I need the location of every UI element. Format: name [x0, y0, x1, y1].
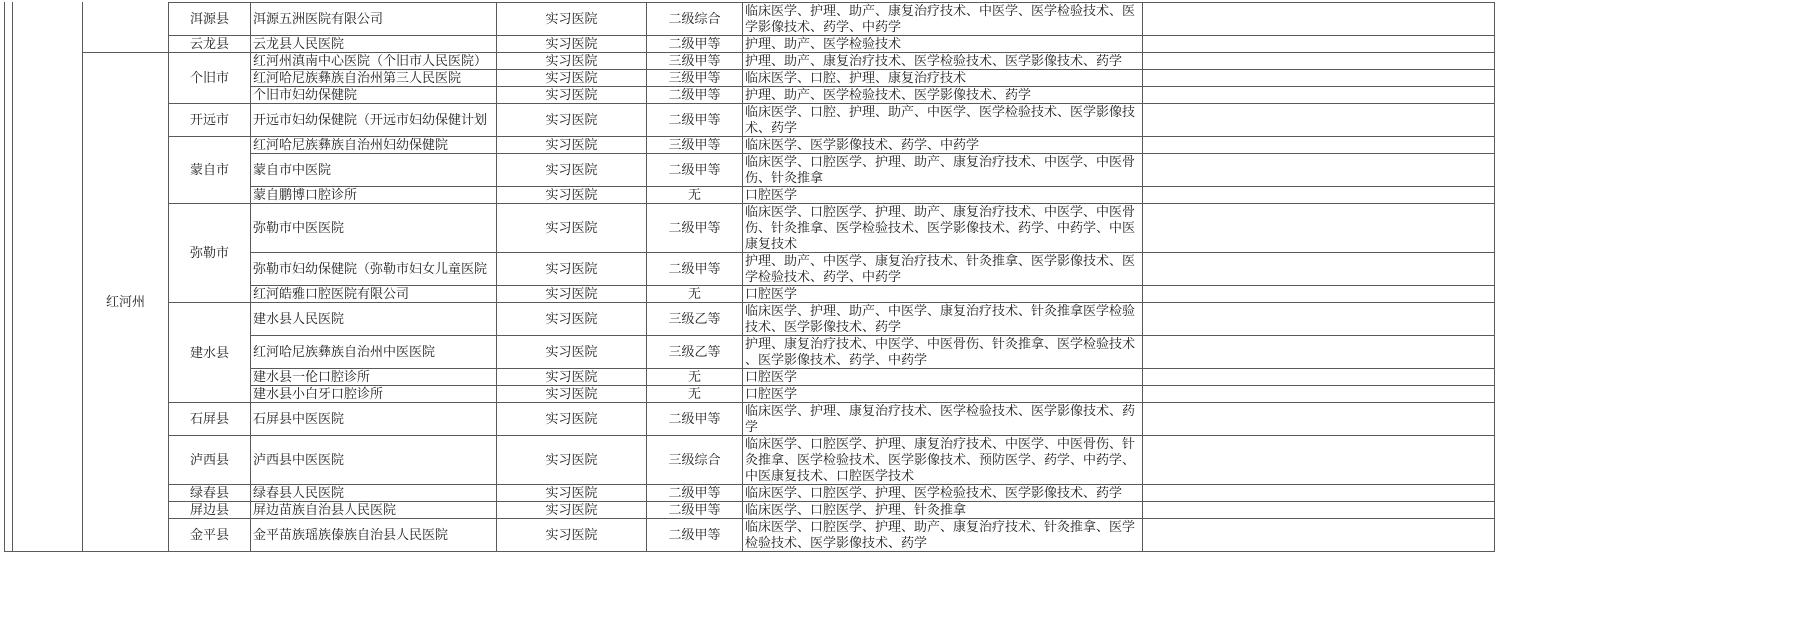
- hospital-level-cell[interactable]: 二级甲等: [647, 204, 743, 253]
- empty-right-column-cell[interactable]: [1143, 436, 1495, 485]
- hospital-level-cell[interactable]: 无: [647, 369, 743, 386]
- empty-right-column-cell[interactable]: [1143, 485, 1495, 502]
- hospital-level-cell[interactable]: 三级甲等: [647, 137, 743, 154]
- hospital-level-cell[interactable]: 二级甲等: [647, 87, 743, 104]
- hospital-name-cell[interactable]: 建水县人民医院: [251, 303, 497, 336]
- majors-cell[interactable]: 临床医学、口腔医学、护理、医学检验技术、医学影像技术、药学: [743, 485, 1143, 502]
- majors-cell[interactable]: 临床医学、护理、助产、中医学、康复治疗技术、针灸推拿医学检验技术、医学影像技术、…: [743, 303, 1143, 336]
- table-row: 泸西县泸西县中医医院实习医院三级综合临床医学、口腔医学、护理、康复治疗技术、中医…: [5, 436, 1495, 485]
- empty-right-column-cell[interactable]: [1143, 286, 1495, 303]
- majors-cell[interactable]: 临床医学、口腔、护理、助产、中医学、医学检验技术、医学影像技术、药学: [743, 104, 1143, 137]
- empty-right-column-cell[interactable]: [1143, 104, 1495, 137]
- hospital-level-cell[interactable]: 二级甲等: [647, 253, 743, 286]
- hospital-name-cell[interactable]: 开远市妇幼保健院（开远市妇幼保健计划: [251, 104, 497, 137]
- hospital-name-cell[interactable]: 泸西县中医医院: [251, 436, 497, 485]
- county-cell[interactable]: 绿春县: [169, 485, 251, 502]
- county-cell[interactable]: 个旧市: [169, 53, 251, 104]
- county-cell[interactable]: 蒙自市: [169, 137, 251, 204]
- hospital-level-cell[interactable]: 二级甲等: [647, 502, 743, 519]
- empty-right-column-cell[interactable]: [1143, 519, 1495, 552]
- hospital-name-cell[interactable]: 洱源五洲医院有限公司: [251, 2, 497, 36]
- majors-cell[interactable]: 口腔医学: [743, 386, 1143, 403]
- county-cell[interactable]: 金平县: [169, 519, 251, 552]
- majors-cell[interactable]: 临床医学、医学影像技术、药学、中药学: [743, 137, 1143, 154]
- majors-cell[interactable]: 护理、助产、康复治疗技术、医学检验技术、医学影像技术、药学: [743, 53, 1143, 70]
- hospital-level-cell[interactable]: 三级甲等: [647, 70, 743, 87]
- hospital-level-cell[interactable]: 三级甲等: [647, 53, 743, 70]
- empty-right-column-cell[interactable]: [1143, 253, 1495, 286]
- hospital-name-cell[interactable]: 屏边苗族自治县人民医院: [251, 502, 497, 519]
- empty-right-column-cell[interactable]: [1143, 36, 1495, 53]
- empty-right-column-cell[interactable]: [1143, 204, 1495, 253]
- hospital-type-cell[interactable]: 实习医院: [497, 303, 647, 336]
- hospital-level-cell[interactable]: 二级甲等: [647, 104, 743, 137]
- county-cell[interactable]: 云龙县: [169, 36, 251, 53]
- hospital-name-cell[interactable]: 金平苗族瑶族傣族自治县人民医院: [251, 519, 497, 552]
- hospital-level-cell[interactable]: 无: [647, 187, 743, 204]
- table-row: 开远市开远市妇幼保健院（开远市妇幼保健计划实习医院二级甲等临床医学、口腔、护理、…: [5, 104, 1495, 137]
- majors-cell[interactable]: 护理、康复治疗技术、中医学、中医骨伤、针灸推拿、医学检验技术、医学影像技术、药学…: [743, 336, 1143, 369]
- hospital-type-cell[interactable]: 实习医院: [497, 70, 647, 87]
- empty-right-column-cell[interactable]: [1143, 2, 1495, 36]
- hospital-type-cell[interactable]: 实习医院: [497, 137, 647, 154]
- hospital-name-cell[interactable]: 个旧市妇幼保健院: [251, 87, 497, 104]
- hospital-type-cell[interactable]: 实习医院: [497, 403, 647, 436]
- hospital-name-cell[interactable]: 红河哈尼族彝族自治州第三人民医院: [251, 70, 497, 87]
- prefecture-cell[interactable]: [83, 2, 169, 53]
- hospital-name-cell[interactable]: 建水县一伦口腔诊所: [251, 369, 497, 386]
- county-cell[interactable]: 开远市: [169, 104, 251, 137]
- empty-right-column-cell[interactable]: [1143, 502, 1495, 519]
- hospital-level-cell[interactable]: 二级甲等: [647, 154, 743, 187]
- county-cell[interactable]: 屏边县: [169, 502, 251, 519]
- hospital-type-cell[interactable]: 实习医院: [497, 2, 647, 36]
- hospital-level-cell[interactable]: 无: [647, 386, 743, 403]
- majors-cell[interactable]: 口腔医学: [743, 369, 1143, 386]
- hospital-level-cell[interactable]: 二级甲等: [647, 485, 743, 502]
- empty-right-column-cell[interactable]: [1143, 386, 1495, 403]
- empty-right-column-cell[interactable]: [1143, 336, 1495, 369]
- county-cell[interactable]: 洱源县: [169, 2, 251, 36]
- hospital-level-cell[interactable]: 二级甲等: [647, 519, 743, 552]
- empty-right-column-cell[interactable]: [1143, 137, 1495, 154]
- majors-cell[interactable]: 临床医学、口腔医学、护理、针灸推拿: [743, 502, 1143, 519]
- majors-cell[interactable]: 临床医学、护理、康复治疗技术、医学检验技术、医学影像技术、药学: [743, 403, 1143, 436]
- majors-cell[interactable]: 临床医学、口腔、护理、康复治疗技术: [743, 70, 1143, 87]
- prefecture-cell[interactable]: 红河州: [83, 53, 169, 552]
- majors-cell[interactable]: 护理、助产、医学检验技术: [743, 36, 1143, 53]
- empty-right-column-cell[interactable]: [1143, 369, 1495, 386]
- empty-right-column-cell[interactable]: [1143, 303, 1495, 336]
- hospital-type-cell[interactable]: 实习医院: [497, 436, 647, 485]
- majors-cell[interactable]: 临床医学、口腔医学、护理、康复治疗技术、中医学、中医骨伤、针灸推拿、医学检验技术…: [743, 436, 1143, 485]
- hospital-type-cell[interactable]: 实习医院: [497, 519, 647, 552]
- hospital-type-cell[interactable]: 实习医院: [497, 204, 647, 253]
- county-cell[interactable]: 泸西县: [169, 436, 251, 485]
- table-row: 弥勒市弥勒市中医医院实习医院二级甲等临床医学、口腔医学、护理、助产、康复治疗技术…: [5, 204, 1495, 253]
- hospital-name-cell[interactable]: 红河哈尼族彝族自治州中医医院: [251, 336, 497, 369]
- majors-cell[interactable]: 临床医学、口腔医学、护理、助产、康复治疗技术、中医学、中医骨伤、针灸推拿、医学检…: [743, 204, 1143, 253]
- majors-cell[interactable]: 临床医学、口腔医学、护理、助产、康复治疗技术、中医学、中医骨伤、针灸推拿: [743, 154, 1143, 187]
- hospital-name-cell[interactable]: 红河州滇南中心医院（个旧市人民医院）: [251, 53, 497, 70]
- table-row: 建水县建水县人民医院实习医院三级乙等临床医学、护理、助产、中医学、康复治疗技术、…: [5, 303, 1495, 336]
- majors-cell[interactable]: 护理、助产、医学检验技术、医学影像技术、药学: [743, 87, 1143, 104]
- hospital-type-cell[interactable]: 实习医院: [497, 187, 647, 204]
- hospital-type-cell[interactable]: 实习医院: [497, 53, 647, 70]
- hospital-level-cell[interactable]: 二级综合: [647, 2, 743, 36]
- empty-right-column-cell[interactable]: [1143, 70, 1495, 87]
- hospital-level-cell[interactable]: 三级综合: [647, 436, 743, 485]
- table-row: 石屏县石屏县中医医院实习医院二级甲等临床医学、护理、康复治疗技术、医学检验技术、…: [5, 403, 1495, 436]
- hospital-name-cell[interactable]: 蒙自鹏博口腔诊所: [251, 187, 497, 204]
- empty-right-column-cell[interactable]: [1143, 154, 1495, 187]
- table-row: 云龙县云龙县人民医院实习医院二级甲等护理、助产、医学检验技术: [5, 36, 1495, 53]
- county-cell[interactable]: 石屏县: [169, 403, 251, 436]
- empty-right-column-cell[interactable]: [1143, 403, 1495, 436]
- majors-cell[interactable]: 口腔医学: [743, 187, 1143, 204]
- hospital-type-cell[interactable]: 实习医院: [497, 104, 647, 137]
- hospital-name-cell[interactable]: 绿春县人民医院: [251, 485, 497, 502]
- hospital-name-cell[interactable]: 弥勒市中医医院: [251, 204, 497, 253]
- majors-cell[interactable]: 护理、助产、中医学、康复治疗技术、针灸推拿、医学影像技术、医学检验技术、药学、中…: [743, 253, 1143, 286]
- hospital-level-cell[interactable]: 三级乙等: [647, 336, 743, 369]
- hospital-type-cell[interactable]: 实习医院: [497, 286, 647, 303]
- table-row: 金平县金平苗族瑶族傣族自治县人民医院实习医院二级甲等临床医学、口腔医学、护理、助…: [5, 519, 1495, 552]
- hospital-name-cell[interactable]: 红河哈尼族彝族自治州妇幼保健院: [251, 137, 497, 154]
- table-row: 蒙自市红河哈尼族彝族自治州妇幼保健院实习医院三级甲等临床医学、医学影像技术、药学…: [5, 137, 1495, 154]
- hospital-type-cell[interactable]: 实习医院: [497, 386, 647, 403]
- hospital-table: 洱源县洱源五洲医院有限公司实习医院二级综合临床医学、护理、助产、康复治疗技术、中…: [4, 2, 1495, 552]
- hospital-level-cell[interactable]: 二级甲等: [647, 403, 743, 436]
- hospital-type-cell[interactable]: 实习医院: [497, 369, 647, 386]
- hospital-name-cell[interactable]: 石屏县中医医院: [251, 403, 497, 436]
- hospital-level-cell[interactable]: 无: [647, 286, 743, 303]
- hospital-type-cell[interactable]: 实习医院: [497, 154, 647, 187]
- hospital-name-cell[interactable]: 云龙县人民医院: [251, 36, 497, 53]
- hospital-name-cell[interactable]: 弥勒市妇幼保健院（弥勒市妇女儿童医院: [251, 253, 497, 286]
- table-row: 屏边县屏边苗族自治县人民医院实习医院二级甲等临床医学、口腔医学、护理、针灸推拿: [5, 502, 1495, 519]
- hospital-type-cell[interactable]: 实习医院: [497, 36, 647, 53]
- empty-right-column-cell[interactable]: [1143, 53, 1495, 70]
- empty-right-column-cell[interactable]: [1143, 87, 1495, 104]
- hospital-type-cell[interactable]: 实习医院: [497, 502, 647, 519]
- hospital-name-cell[interactable]: 建水县小白牙口腔诊所: [251, 386, 497, 403]
- empty-left-column-cell: [13, 2, 83, 552]
- hospital-type-cell[interactable]: 实习医院: [497, 485, 647, 502]
- table-row: 红河州个旧市红河州滇南中心医院（个旧市人民医院）实习医院三级甲等护理、助产、康复…: [5, 53, 1495, 70]
- table-row: 洱源县洱源五洲医院有限公司实习医院二级综合临床医学、护理、助产、康复治疗技术、中…: [5, 2, 1495, 36]
- majors-cell[interactable]: 临床医学、口腔医学、护理、助产、康复治疗技术、针灸推拿、医学检验技术、医学影像技…: [743, 519, 1143, 552]
- left-edge-sliver-cell: [5, 2, 13, 552]
- county-cell[interactable]: 弥勒市: [169, 204, 251, 303]
- county-cell[interactable]: 建水县: [169, 303, 251, 403]
- spreadsheet-canvas: 洱源县洱源五洲医院有限公司实习医院二级综合临床医学、护理、助产、康复治疗技术、中…: [0, 0, 1802, 621]
- hospital-type-cell[interactable]: 实习医院: [497, 336, 647, 369]
- hospital-level-cell[interactable]: 三级乙等: [647, 303, 743, 336]
- hospital-type-cell[interactable]: 实习医院: [497, 253, 647, 286]
- majors-cell[interactable]: 临床医学、护理、助产、康复治疗技术、中医学、医学检验技术、医学影像技术、药学、中…: [743, 2, 1143, 36]
- table-row: 绿春县绿春县人民医院实习医院二级甲等临床医学、口腔医学、护理、医学检验技术、医学…: [5, 485, 1495, 502]
- empty-right-column-cell[interactable]: [1143, 187, 1495, 204]
- hospital-type-cell[interactable]: 实习医院: [497, 87, 647, 104]
- hospital-name-cell[interactable]: 蒙自市中医院: [251, 154, 497, 187]
- majors-cell[interactable]: 口腔医学: [743, 286, 1143, 303]
- hospital-name-cell[interactable]: 红河皓雅口腔医院有限公司: [251, 286, 497, 303]
- hospital-level-cell[interactable]: 二级甲等: [647, 36, 743, 53]
